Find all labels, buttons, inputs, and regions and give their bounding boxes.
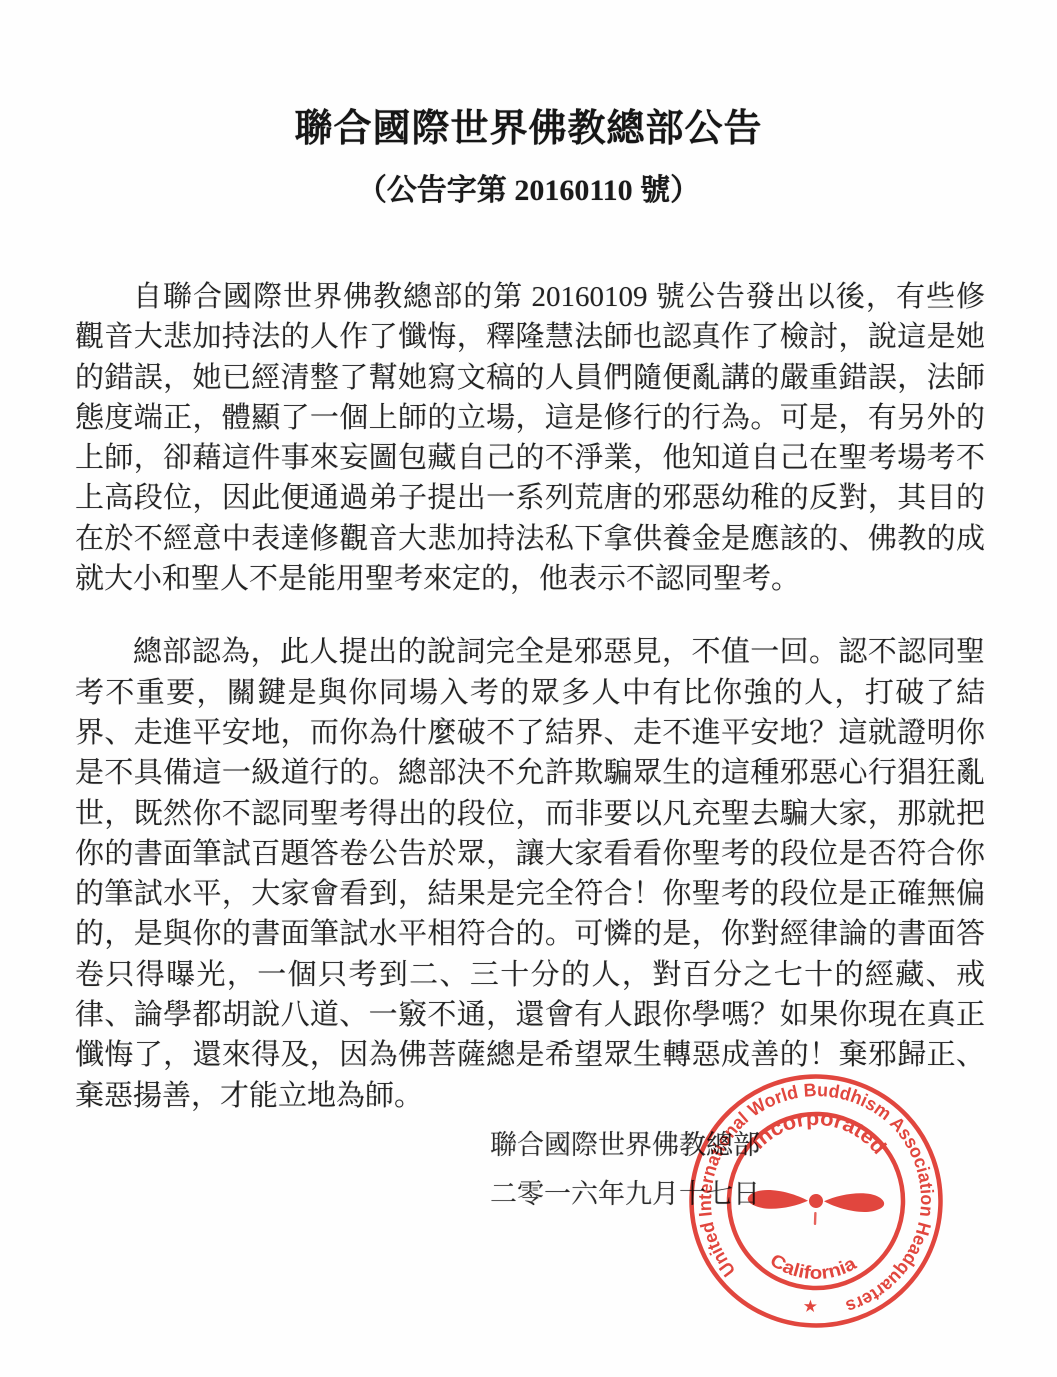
announcement-number-suffix: 號） [633, 174, 701, 207]
seal-center-dot-icon [809, 1194, 823, 1208]
seal-california-text: California [766, 1249, 861, 1285]
signature-organization: 聯合國際世界佛教總部 [490, 1121, 760, 1170]
signature-block: 聯合國際世界佛教總部 二零一六年九月十七日 [490, 1121, 760, 1219]
seal-right-petal-icon [824, 1192, 885, 1213]
signature-date: 二零一六年九月十七日 [490, 1170, 760, 1219]
page-title: 聯合國際世界佛教總部公告 [0, 0, 1057, 152]
announcement-number-value: 20160110 [514, 174, 632, 207]
announcement-number-line: （公告字第 20160110 號） [0, 165, 1057, 209]
announcement-body: 自聯合國際世界佛教總部的第 20160109 號公告發出以後，有些修觀音大悲加持… [75, 277, 985, 1116]
announcement-number-prefix: （公告字第 [357, 174, 515, 207]
scanned-announcement-page: 聯合國際世界佛教總部公告 （公告字第 20160110 號） 自聯合國際世界佛教… [0, 0, 1057, 1377]
paragraph-1: 自聯合國際世界佛教總部的第 20160109 號公告發出以後，有些修觀音大悲加持… [75, 277, 985, 599]
seal-center-tick-icon [814, 1212, 817, 1225]
paragraph-2: 總部認為，此人提出的說詞完全是邪惡見，不值一回。認不認同聖考不重要，關鍵是與你同… [75, 632, 985, 1116]
seal-star-icon: ★ [802, 1297, 818, 1317]
svg-text:California: California [766, 1249, 861, 1285]
